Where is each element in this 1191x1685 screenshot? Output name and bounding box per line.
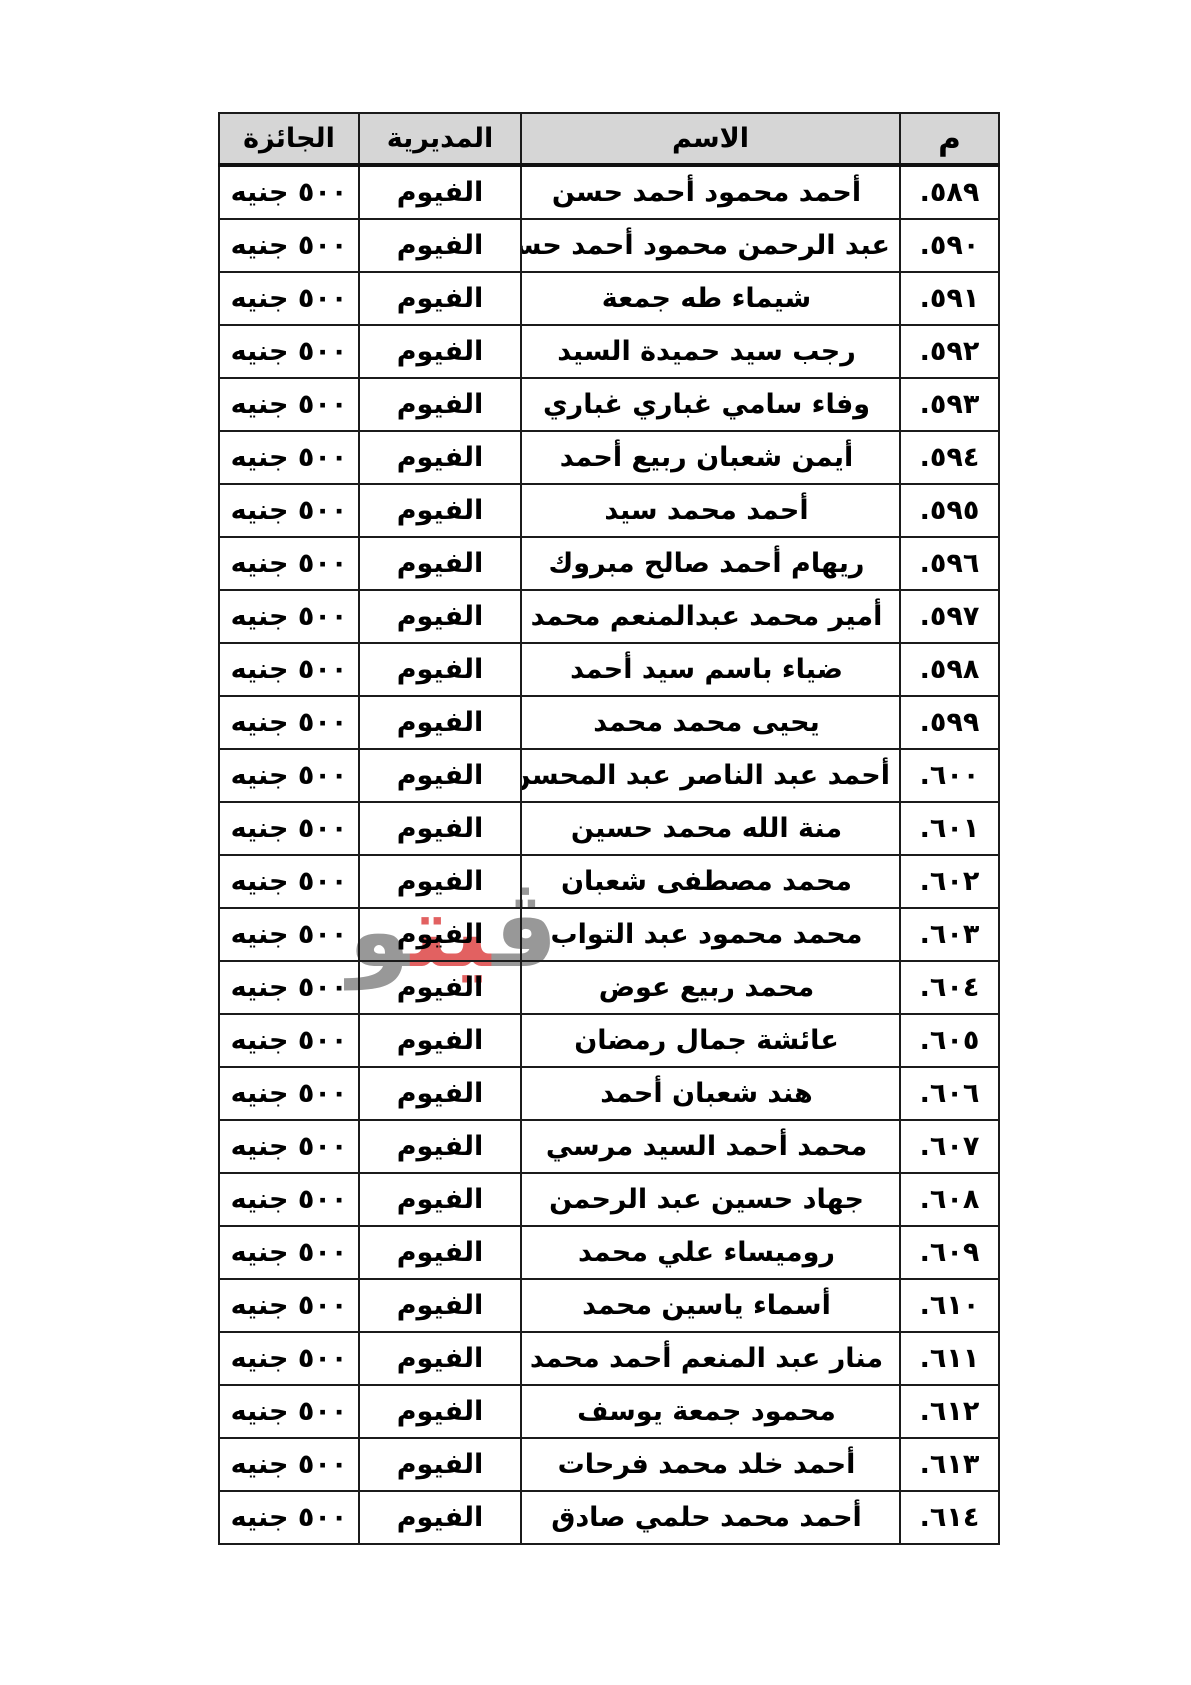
table-row: ٦١٣.أحمد خلد محمد فرحاتالفيوم٥٠٠ جنيه bbox=[219, 1438, 999, 1491]
cell-name: رجب سيد حميدة السيد bbox=[521, 325, 900, 378]
cell-name: ضياء باسم سيد أحمد bbox=[521, 643, 900, 696]
cell-name: محمد أحمد السيد مرسي bbox=[521, 1120, 900, 1173]
cell-prize: ٥٠٠ جنيه bbox=[219, 802, 359, 855]
cell-prize: ٥٠٠ جنيه bbox=[219, 484, 359, 537]
cell-number: ٦٠٤. bbox=[900, 961, 999, 1014]
cell-number: ٦٠٨. bbox=[900, 1173, 999, 1226]
cell-name: أحمد محمد حلمي صادق bbox=[521, 1491, 900, 1544]
cell-prize: ٥٠٠ جنيه bbox=[219, 908, 359, 961]
table-row: ٦٠٩.روميساء علي محمدالفيوم٥٠٠ جنيه bbox=[219, 1226, 999, 1279]
cell-number: ٦٠٦. bbox=[900, 1067, 999, 1120]
cell-prize: ٥٠٠ جنيه bbox=[219, 1067, 359, 1120]
cell-number: ٥٩٣. bbox=[900, 378, 999, 431]
cell-number: ٥٩٤. bbox=[900, 431, 999, 484]
cell-prize: ٥٠٠ جنيه bbox=[219, 272, 359, 325]
cell-directorate: الفيوم bbox=[359, 325, 521, 378]
cell-prize: ٥٠٠ جنيه bbox=[219, 378, 359, 431]
table-row: ٦٠٢.محمد مصطفى شعبانالفيوم٥٠٠ جنيه bbox=[219, 855, 999, 908]
table-row: ٦١٠.أسماء ياسين محمدالفيوم٥٠٠ جنيه bbox=[219, 1279, 999, 1332]
cell-name: وفاء سامي غباري غباري bbox=[521, 378, 900, 431]
cell-name: هند شعبان أحمد bbox=[521, 1067, 900, 1120]
cell-directorate: الفيوم bbox=[359, 537, 521, 590]
cell-name: عبد الرحمن محمود أحمد حسن bbox=[521, 219, 900, 272]
cell-name: جهاد حسين عبد الرحمن bbox=[521, 1173, 900, 1226]
cell-directorate: الفيوم bbox=[359, 378, 521, 431]
table-row: ٦٠٦.هند شعبان أحمدالفيوم٥٠٠ جنيه bbox=[219, 1067, 999, 1120]
cell-prize: ٥٠٠ جنيه bbox=[219, 643, 359, 696]
cell-number: ٦٠٩. bbox=[900, 1226, 999, 1279]
cell-name: روميساء علي محمد bbox=[521, 1226, 900, 1279]
cell-prize: ٥٠٠ جنيه bbox=[219, 855, 359, 908]
cell-directorate: الفيوم bbox=[359, 855, 521, 908]
cell-directorate: الفيوم bbox=[359, 1279, 521, 1332]
cell-number: ٦١٣. bbox=[900, 1438, 999, 1491]
cell-directorate: الفيوم bbox=[359, 165, 521, 219]
header-number: م bbox=[900, 113, 999, 165]
cell-prize: ٥٠٠ جنيه bbox=[219, 1014, 359, 1067]
cell-name: محمد ربيع عوض bbox=[521, 961, 900, 1014]
cell-directorate: الفيوم bbox=[359, 1173, 521, 1226]
cell-directorate: الفيوم bbox=[359, 1332, 521, 1385]
table-row: ٥٨٩.أحمد محمود أحمد حسنالفيوم٥٠٠ جنيه bbox=[219, 165, 999, 219]
cell-prize: ٥٠٠ جنيه bbox=[219, 1491, 359, 1544]
cell-name: أمير محمد عبدالمنعم محمد bbox=[521, 590, 900, 643]
prize-winners-table: م الاسم المديرية الجائزة ٥٨٩.أحمد محمود … bbox=[218, 112, 1000, 1545]
cell-prize: ٥٠٠ جنيه bbox=[219, 537, 359, 590]
cell-prize: ٥٠٠ جنيه bbox=[219, 1279, 359, 1332]
table-row: ٥٩٩.يحيى محمد محمدالفيوم٥٠٠ جنيه bbox=[219, 696, 999, 749]
cell-name: يحيى محمد محمد bbox=[521, 696, 900, 749]
cell-number: ٦١٢. bbox=[900, 1385, 999, 1438]
cell-directorate: الفيوم bbox=[359, 696, 521, 749]
cell-name: أحمد خلد محمد فرحات bbox=[521, 1438, 900, 1491]
cell-name: منة الله محمد حسين bbox=[521, 802, 900, 855]
table-row: ٥٩٦.ريهام أحمد صالح مبروكالفيوم٥٠٠ جنيه bbox=[219, 537, 999, 590]
table-row: ٦١٢.محمود جمعة يوسفالفيوم٥٠٠ جنيه bbox=[219, 1385, 999, 1438]
cell-prize: ٥٠٠ جنيه bbox=[219, 749, 359, 802]
document-page: ڤيتو م الاسم المديرية الجائزة ٥٨٩.أحمد م… bbox=[0, 0, 1191, 1685]
cell-prize: ٥٠٠ جنيه bbox=[219, 165, 359, 219]
table-row: ٦٠٠.أحمد عبد الناصر عبد المحسنالفيوم٥٠٠ … bbox=[219, 749, 999, 802]
cell-name: محمد محمود عبد التواب bbox=[521, 908, 900, 961]
cell-prize: ٥٠٠ جنيه bbox=[219, 1173, 359, 1226]
table-row: ٦١٤.أحمد محمد حلمي صادقالفيوم٥٠٠ جنيه bbox=[219, 1491, 999, 1544]
cell-name: أحمد محمود أحمد حسن bbox=[521, 165, 900, 219]
table-row: ٦٠٥.عائشة جمال رمضانالفيوم٥٠٠ جنيه bbox=[219, 1014, 999, 1067]
cell-directorate: الفيوم bbox=[359, 1491, 521, 1544]
cell-name: أحمد محمد سيد bbox=[521, 484, 900, 537]
cell-number: ٦٠٥. bbox=[900, 1014, 999, 1067]
cell-name: أيمن شعبان ربيع أحمد bbox=[521, 431, 900, 484]
cell-directorate: الفيوم bbox=[359, 1438, 521, 1491]
cell-directorate: الفيوم bbox=[359, 484, 521, 537]
table-row: ٥٩٤.أيمن شعبان ربيع أحمدالفيوم٥٠٠ جنيه bbox=[219, 431, 999, 484]
cell-prize: ٥٠٠ جنيه bbox=[219, 1120, 359, 1173]
cell-prize: ٥٠٠ جنيه bbox=[219, 219, 359, 272]
cell-name: محمد مصطفى شعبان bbox=[521, 855, 900, 908]
header-prize: الجائزة bbox=[219, 113, 359, 165]
cell-directorate: الفيوم bbox=[359, 802, 521, 855]
cell-directorate: الفيوم bbox=[359, 1120, 521, 1173]
table-row: ٦٠٣.محمد محمود عبد التوابالفيوم٥٠٠ جنيه bbox=[219, 908, 999, 961]
cell-number: ٥٩٩. bbox=[900, 696, 999, 749]
table-row: ٥٩٣.وفاء سامي غباري غباريالفيوم٥٠٠ جنيه bbox=[219, 378, 999, 431]
cell-prize: ٥٠٠ جنيه bbox=[219, 1226, 359, 1279]
cell-prize: ٥٠٠ جنيه bbox=[219, 1332, 359, 1385]
table-row: ٦٠٨.جهاد حسين عبد الرحمنالفيوم٥٠٠ جنيه bbox=[219, 1173, 999, 1226]
cell-name: شيماء طه جمعة bbox=[521, 272, 900, 325]
cell-number: ٥٩٦. bbox=[900, 537, 999, 590]
cell-number: ٦٠٠. bbox=[900, 749, 999, 802]
cell-prize: ٥٠٠ جنيه bbox=[219, 696, 359, 749]
cell-number: ٦٠١. bbox=[900, 802, 999, 855]
cell-name: عائشة جمال رمضان bbox=[521, 1014, 900, 1067]
table-row: ٥٩٨.ضياء باسم سيد أحمدالفيوم٥٠٠ جنيه bbox=[219, 643, 999, 696]
cell-number: ٦١٠. bbox=[900, 1279, 999, 1332]
cell-prize: ٥٠٠ جنيه bbox=[219, 1385, 359, 1438]
table-row: ٥٩١.شيماء طه جمعةالفيوم٥٠٠ جنيه bbox=[219, 272, 999, 325]
cell-directorate: الفيوم bbox=[359, 219, 521, 272]
table-row: ٦٠١.منة الله محمد حسينالفيوم٥٠٠ جنيه bbox=[219, 802, 999, 855]
cell-prize: ٥٠٠ جنيه bbox=[219, 325, 359, 378]
cell-number: ٥٩١. bbox=[900, 272, 999, 325]
table-header: م الاسم المديرية الجائزة bbox=[219, 113, 999, 165]
cell-number: ٥٩٥. bbox=[900, 484, 999, 537]
cell-name: محمود جمعة يوسف bbox=[521, 1385, 900, 1438]
header-name: الاسم bbox=[521, 113, 900, 165]
cell-number: ٥٨٩. bbox=[900, 165, 999, 219]
table-row: ٦٠٧.محمد أحمد السيد مرسيالفيوم٥٠٠ جنيه bbox=[219, 1120, 999, 1173]
cell-name: ريهام أحمد صالح مبروك bbox=[521, 537, 900, 590]
cell-name: أحمد عبد الناصر عبد المحسن bbox=[521, 749, 900, 802]
cell-directorate: الفيوم bbox=[359, 961, 521, 1014]
cell-name: منار عبد المنعم أحمد محمد bbox=[521, 1332, 900, 1385]
cell-number: ٦٠٧. bbox=[900, 1120, 999, 1173]
table-row: ٥٩٠.عبد الرحمن محمود أحمد حسنالفيوم٥٠٠ ج… bbox=[219, 219, 999, 272]
cell-directorate: الفيوم bbox=[359, 1385, 521, 1438]
cell-number: ٦٠٣. bbox=[900, 908, 999, 961]
cell-prize: ٥٠٠ جنيه bbox=[219, 961, 359, 1014]
cell-name: أسماء ياسين محمد bbox=[521, 1279, 900, 1332]
cell-prize: ٥٠٠ جنيه bbox=[219, 431, 359, 484]
cell-directorate: الفيوم bbox=[359, 1226, 521, 1279]
header-row: م الاسم المديرية الجائزة bbox=[219, 113, 999, 165]
table-row: ٦١١.منار عبد المنعم أحمد محمدالفيوم٥٠٠ ج… bbox=[219, 1332, 999, 1385]
header-directorate: المديرية bbox=[359, 113, 521, 165]
table-row: ٥٩٥.أحمد محمد سيدالفيوم٥٠٠ جنيه bbox=[219, 484, 999, 537]
cell-number: ٦٠٢. bbox=[900, 855, 999, 908]
cell-number: ٦١١. bbox=[900, 1332, 999, 1385]
cell-directorate: الفيوم bbox=[359, 590, 521, 643]
cell-directorate: الفيوم bbox=[359, 1014, 521, 1067]
cell-directorate: الفيوم bbox=[359, 643, 521, 696]
table-row: ٦٠٤.محمد ربيع عوضالفيوم٥٠٠ جنيه bbox=[219, 961, 999, 1014]
cell-number: ٥٩٧. bbox=[900, 590, 999, 643]
cell-number: ٥٩٨. bbox=[900, 643, 999, 696]
table-body: ٥٨٩.أحمد محمود أحمد حسنالفيوم٥٠٠ جنيه٥٩٠… bbox=[219, 165, 999, 1544]
cell-directorate: الفيوم bbox=[359, 431, 521, 484]
cell-number: ٦١٤. bbox=[900, 1491, 999, 1544]
cell-directorate: الفيوم bbox=[359, 908, 521, 961]
cell-prize: ٥٠٠ جنيه bbox=[219, 590, 359, 643]
cell-directorate: الفيوم bbox=[359, 272, 521, 325]
cell-number: ٥٩٢. bbox=[900, 325, 999, 378]
table-row: ٥٩٢.رجب سيد حميدة السيدالفيوم٥٠٠ جنيه bbox=[219, 325, 999, 378]
cell-prize: ٥٠٠ جنيه bbox=[219, 1438, 359, 1491]
cell-directorate: الفيوم bbox=[359, 749, 521, 802]
cell-number: ٥٩٠. bbox=[900, 219, 999, 272]
table-row: ٥٩٧.أمير محمد عبدالمنعم محمدالفيوم٥٠٠ جن… bbox=[219, 590, 999, 643]
cell-directorate: الفيوم bbox=[359, 1067, 521, 1120]
